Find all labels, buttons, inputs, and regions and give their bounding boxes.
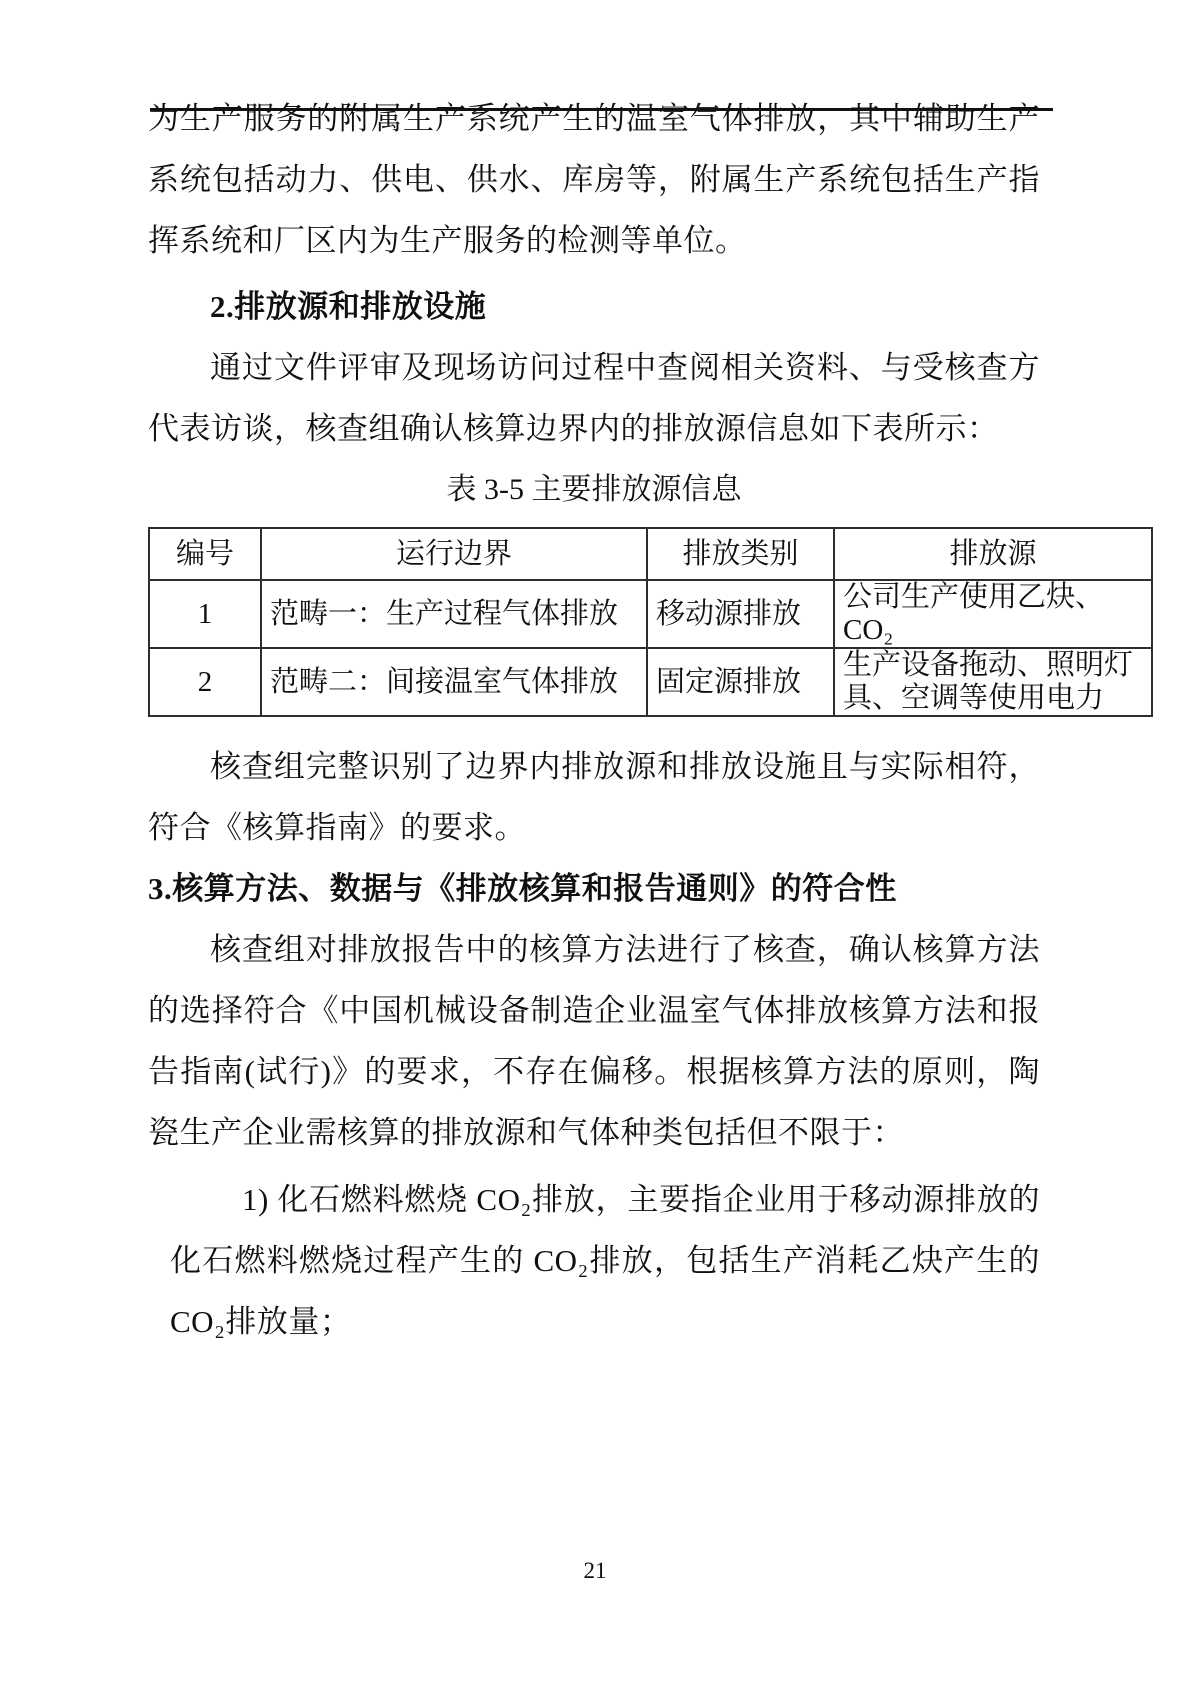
table-cell: 范畴一：生产过程气体排放: [261, 580, 647, 648]
paragraph-auxiliary-systems: 为生产服务的附属生产系统产生的温室气体排放，其中辅助生产系统包括动力、供电、供水…: [148, 88, 1040, 271]
heading-emission-sources: 2.排放源和排放设施: [148, 276, 1040, 337]
page-content: 为生产服务的附属生产系统产生的温室气体排放，其中辅助生产系统包括动力、供电、供水…: [148, 0, 1040, 1352]
table-header-cell: 编号: [149, 528, 261, 580]
paragraph-method-verification: 核查组对排放报告中的核算方法进行了核查，确认核算方法的选择符合《中国机械设备制造…: [148, 919, 1040, 1163]
table-row: 2 范畴二：间接温室气体排放 固定源排放 生产设备拖动、照明灯具、空调等使用电力: [149, 648, 1152, 716]
table-row: 1 范畴一：生产过程气体排放 移动源排放 公司生产使用乙炔、CO₂: [149, 580, 1152, 648]
table-header-cell: 运行边界: [261, 528, 647, 580]
table-cell: 固定源排放: [647, 648, 834, 716]
paragraph-document-review: 通过文件评审及现场访问过程中查阅相关资料、与受核查方代表访谈，核查组确认核算边界…: [148, 337, 1040, 459]
page-number: 21: [0, 1556, 1190, 1586]
table-cell: 1: [149, 580, 261, 648]
table-header-cell: 排放类别: [647, 528, 834, 580]
table-header-cell: 排放源: [834, 528, 1152, 580]
table-caption: 表 3-5 主要排放源信息: [148, 459, 1040, 520]
paragraph-identification-conclusion: 核查组完整识别了边界内排放源和排放设施且与实际相符，符合《核算指南》的要求。: [148, 736, 1040, 858]
emission-source-table: 编号 运行边界 排放类别 排放源 1 范畴一：生产过程气体排放 移动源排放 公司…: [148, 527, 1153, 717]
table-cell: 生产设备拖动、照明灯具、空调等使用电力: [834, 648, 1152, 716]
table-cell: 2: [149, 648, 261, 716]
table-cell: 公司生产使用乙炔、CO₂: [834, 580, 1152, 648]
document-page: 为生产服务的附属生产系统产生的温室气体排放，其中辅助生产系统包括动力、供电、供水…: [0, 0, 1190, 1683]
table-cell: 移动源排放: [647, 580, 834, 648]
table-header-row: 编号 运行边界 排放类别 排放源: [149, 528, 1152, 580]
heading-accounting-method-conformity: 3.核算方法、数据与《排放核算和报告通则》的符合性: [148, 858, 1040, 919]
list-item-fossil-fuel-co2: 1) 化石燃料燃烧 CO₂排放，主要指企业用于移动源排放的化石燃料燃烧过程产生的…: [148, 1169, 1040, 1352]
table-cell: 范畴二：间接温室气体排放: [261, 648, 647, 716]
